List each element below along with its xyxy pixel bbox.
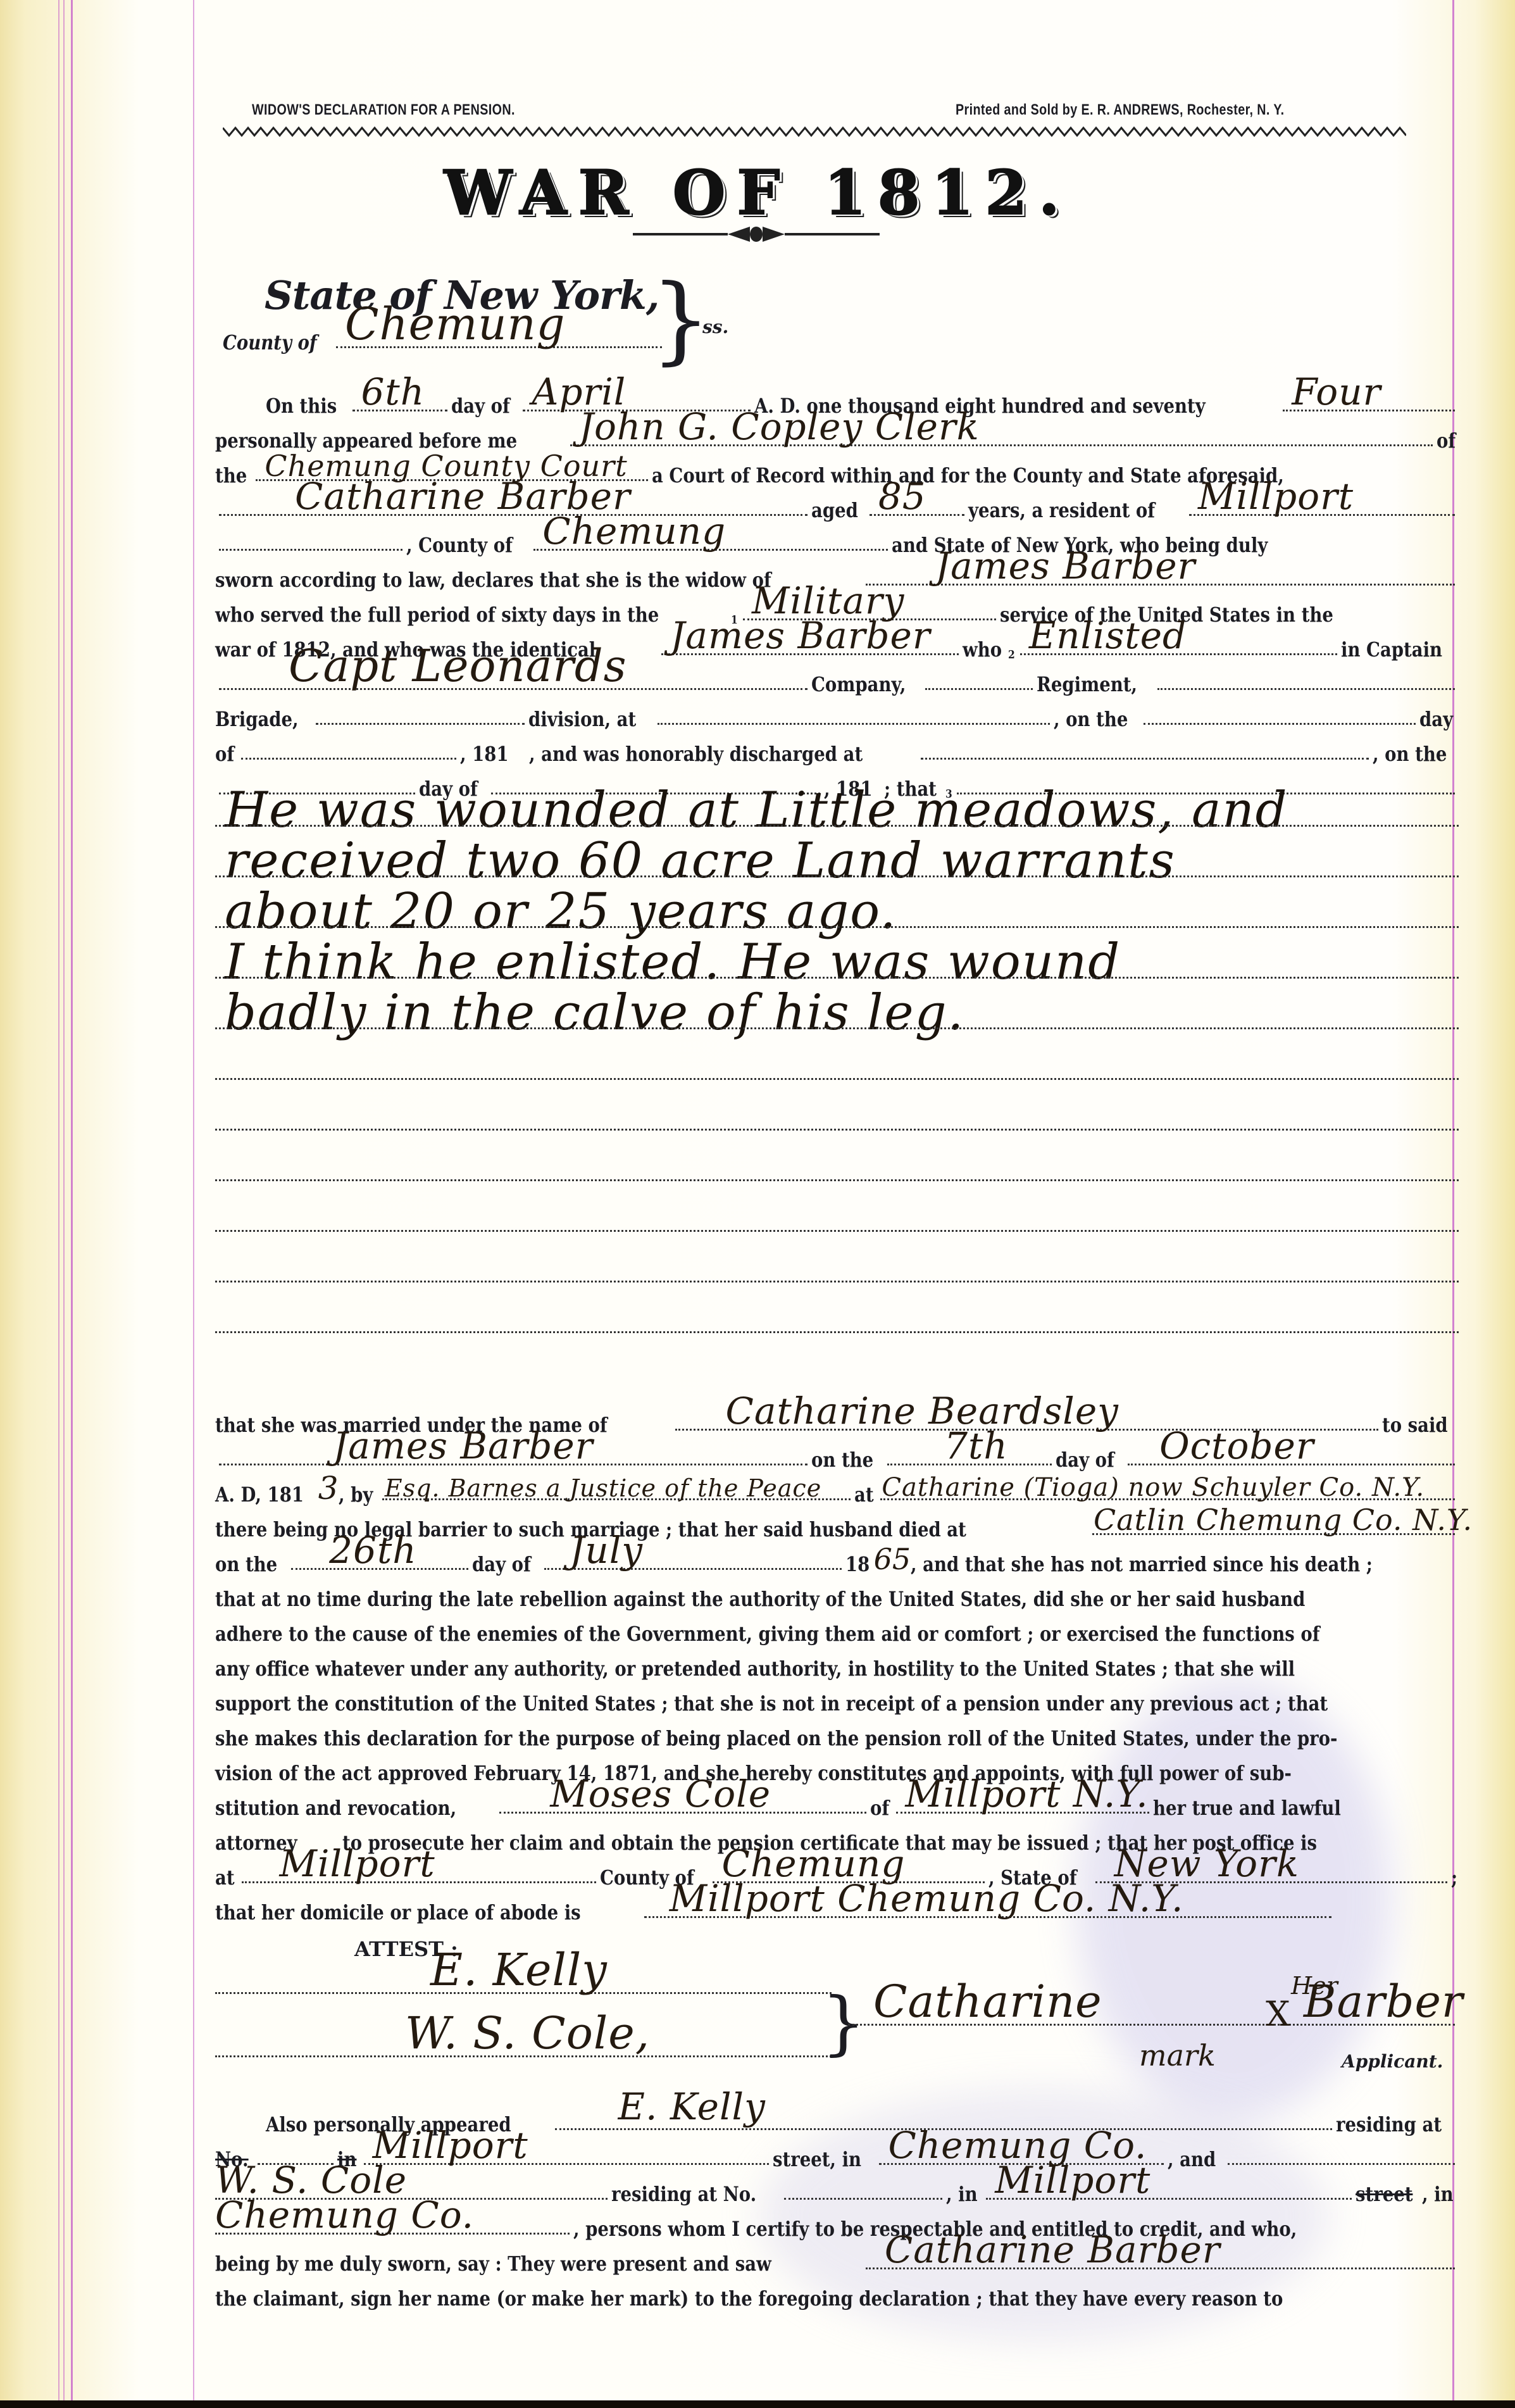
witness-2-town-field[interactable]: Millport <box>986 2160 1352 2200</box>
margin-line <box>58 0 59 2408</box>
narrative-line: badly in the calve of his leg. <box>225 984 964 1041</box>
oath-line: she makes this declaration for the purpo… <box>215 1712 1459 1750</box>
death-year-digits: 65 <box>874 1542 911 1576</box>
witness-2-signature[interactable]: W. S. Cole, <box>215 2017 832 2057</box>
action-field[interactable]: Enlisted <box>1020 615 1337 655</box>
identical-name-field[interactable]: James Barber <box>661 615 959 655</box>
attorney-of-field[interactable]: Millport N.Y. <box>896 1774 1149 1814</box>
her-label: Her <box>1291 1972 1338 2000</box>
marriage-line-5: on the 26th day of July 18 65 , and that… <box>215 1538 1459 1576</box>
attorney-line-1: stitution and revocation, Moses Cole of … <box>215 1782 1459 1820</box>
captain-field[interactable]: Capt Leonards <box>219 650 807 690</box>
ruled-line[interactable] <box>215 1228 1459 1232</box>
county-label: County of <box>223 330 317 354</box>
narrative-line: I think he enlisted. He was wound <box>225 934 1121 991</box>
discharge-place-field[interactable] <box>921 720 1368 760</box>
death-month-field[interactable]: July <box>544 1530 842 1570</box>
ornament-divider <box>633 225 880 244</box>
page-title: WAR OF 1812. <box>0 157 1515 229</box>
oath-line: that at no time during the late rebellio… <box>215 1573 1459 1611</box>
marriage-husband-field[interactable]: James Barber <box>219 1426 807 1465</box>
ruled-line[interactable] <box>215 1025 1459 1029</box>
zigzag-rule <box>223 124 1406 138</box>
ss-label: ss. <box>702 317 728 337</box>
claimant-seen-field[interactable]: Catharine Barber <box>866 2229 1455 2269</box>
applicant-label: Applicant. <box>1342 2051 1443 2072</box>
oath-line: adhere to the cause of the enemies of th… <box>215 1608 1459 1646</box>
margin-line <box>63 0 65 2408</box>
witness-2-no-field[interactable] <box>784 2160 942 2200</box>
narrative-line: He was wounded at Little meadows, and <box>225 782 1288 839</box>
narrative-line: received two 60 acre Land warrants <box>225 832 1176 889</box>
mark-label: mark <box>1139 2038 1216 2073</box>
ruled-line[interactable] <box>215 1076 1459 1080</box>
ruled-line[interactable] <box>215 1127 1459 1131</box>
official-field[interactable]: John G. Copley Clerk <box>570 406 1433 446</box>
printer-credit: Printed and Sold by E. R. ANDREWS, Roche… <box>956 101 1285 119</box>
ruled-line[interactable] <box>215 1329 1459 1333</box>
attorney-line-4: that her domicile or place of abode is M… <box>215 1886 1335 1924</box>
town-blank[interactable] <box>219 511 402 551</box>
applicant-signature-line: Catharine Barber <box>848 1994 1459 2032</box>
marriage-day-field[interactable]: 7th <box>887 1426 1052 1465</box>
attorney-name-field[interactable]: Moses Cole <box>499 1774 866 1814</box>
witness-2-county-field[interactable]: Chemung Co. <box>215 2195 570 2235</box>
witness-1-signature[interactable]: E. Kelly <box>215 1954 832 1994</box>
ruled-line[interactable] <box>215 1177 1459 1181</box>
husband-field[interactable]: James Barber <box>866 546 1455 586</box>
witness-para-line-5: being by me duly sworn, say : They were … <box>215 2238 1459 2276</box>
marriage-year-digit: 3 <box>318 1470 339 1507</box>
year-word-field[interactable]: Four <box>1283 372 1455 411</box>
death-place-field[interactable]: Catlin Chemung Co. N.Y. <box>1092 1495 1455 1535</box>
regiment-field[interactable] <box>1157 650 1455 690</box>
x-mark: X <box>1266 1994 1290 2034</box>
margin-line <box>71 0 73 2408</box>
residence-field[interactable]: Millport <box>1189 476 1455 516</box>
ruled-line[interactable] <box>215 823 1459 827</box>
marriage-month-field[interactable]: October <box>1128 1426 1455 1465</box>
brigade-field[interactable] <box>316 685 525 725</box>
ruled-line[interactable] <box>215 924 1459 928</box>
death-day-field[interactable]: 26th <box>291 1530 468 1570</box>
county-value: Chemung <box>345 298 565 350</box>
enlist-day-field[interactable] <box>1144 685 1416 725</box>
ruled-line[interactable] <box>215 874 1459 877</box>
county-field[interactable]: Chemung <box>336 308 662 348</box>
witness-2-line: W. S. Cole, <box>215 2026 835 2064</box>
margin-line <box>1452 0 1454 2408</box>
oath-line: support the constitution of the United S… <box>215 1677 1459 1715</box>
age-field[interactable]: 85 <box>870 476 964 516</box>
enlist-month-field[interactable] <box>241 720 456 760</box>
form-name: WIDOW'S DECLARATION FOR A PENSION. <box>252 101 515 119</box>
witness-1-town-field[interactable]: Millport <box>364 2125 769 2165</box>
applicant-signature[interactable]: Catharine Barber <box>848 1986 1455 2026</box>
day-field[interactable]: 6th <box>352 372 447 411</box>
county-field-2[interactable]: Chemung <box>533 511 888 551</box>
marriage-place-field[interactable]: Catharine (Tioga) now Schuyler Co. N.Y. <box>880 1460 1455 1500</box>
ruled-line[interactable] <box>215 975 1459 979</box>
ruled-line[interactable] <box>215 1279 1459 1282</box>
narrative-line: about 20 or 25 years ago. <box>225 883 897 940</box>
pension-declaration-page: WIDOW'S DECLARATION FOR A PENSION. Print… <box>0 0 1515 2408</box>
officiant-field[interactable]: Esq. Barnes a Justice of the Peace <box>382 1460 851 1500</box>
witness-para-line-6: the claimant, sign her name (or make her… <box>215 2273 1459 2311</box>
abode-field[interactable]: Millport Chemung Co. N.Y. <box>644 1878 1331 1918</box>
post-office-field[interactable]: Millport <box>242 1843 596 1883</box>
oath-line: any office whatever under any authority,… <box>215 1643 1459 1681</box>
witness-1-line: E. Kelly <box>215 1962 835 2000</box>
witness-1-extra-field[interactable] <box>1228 2125 1455 2165</box>
county-line: County of Chemung <box>223 317 666 354</box>
margin-line <box>193 0 194 2408</box>
enlist-place-field[interactable] <box>658 685 1050 725</box>
company-field[interactable] <box>925 650 1033 690</box>
